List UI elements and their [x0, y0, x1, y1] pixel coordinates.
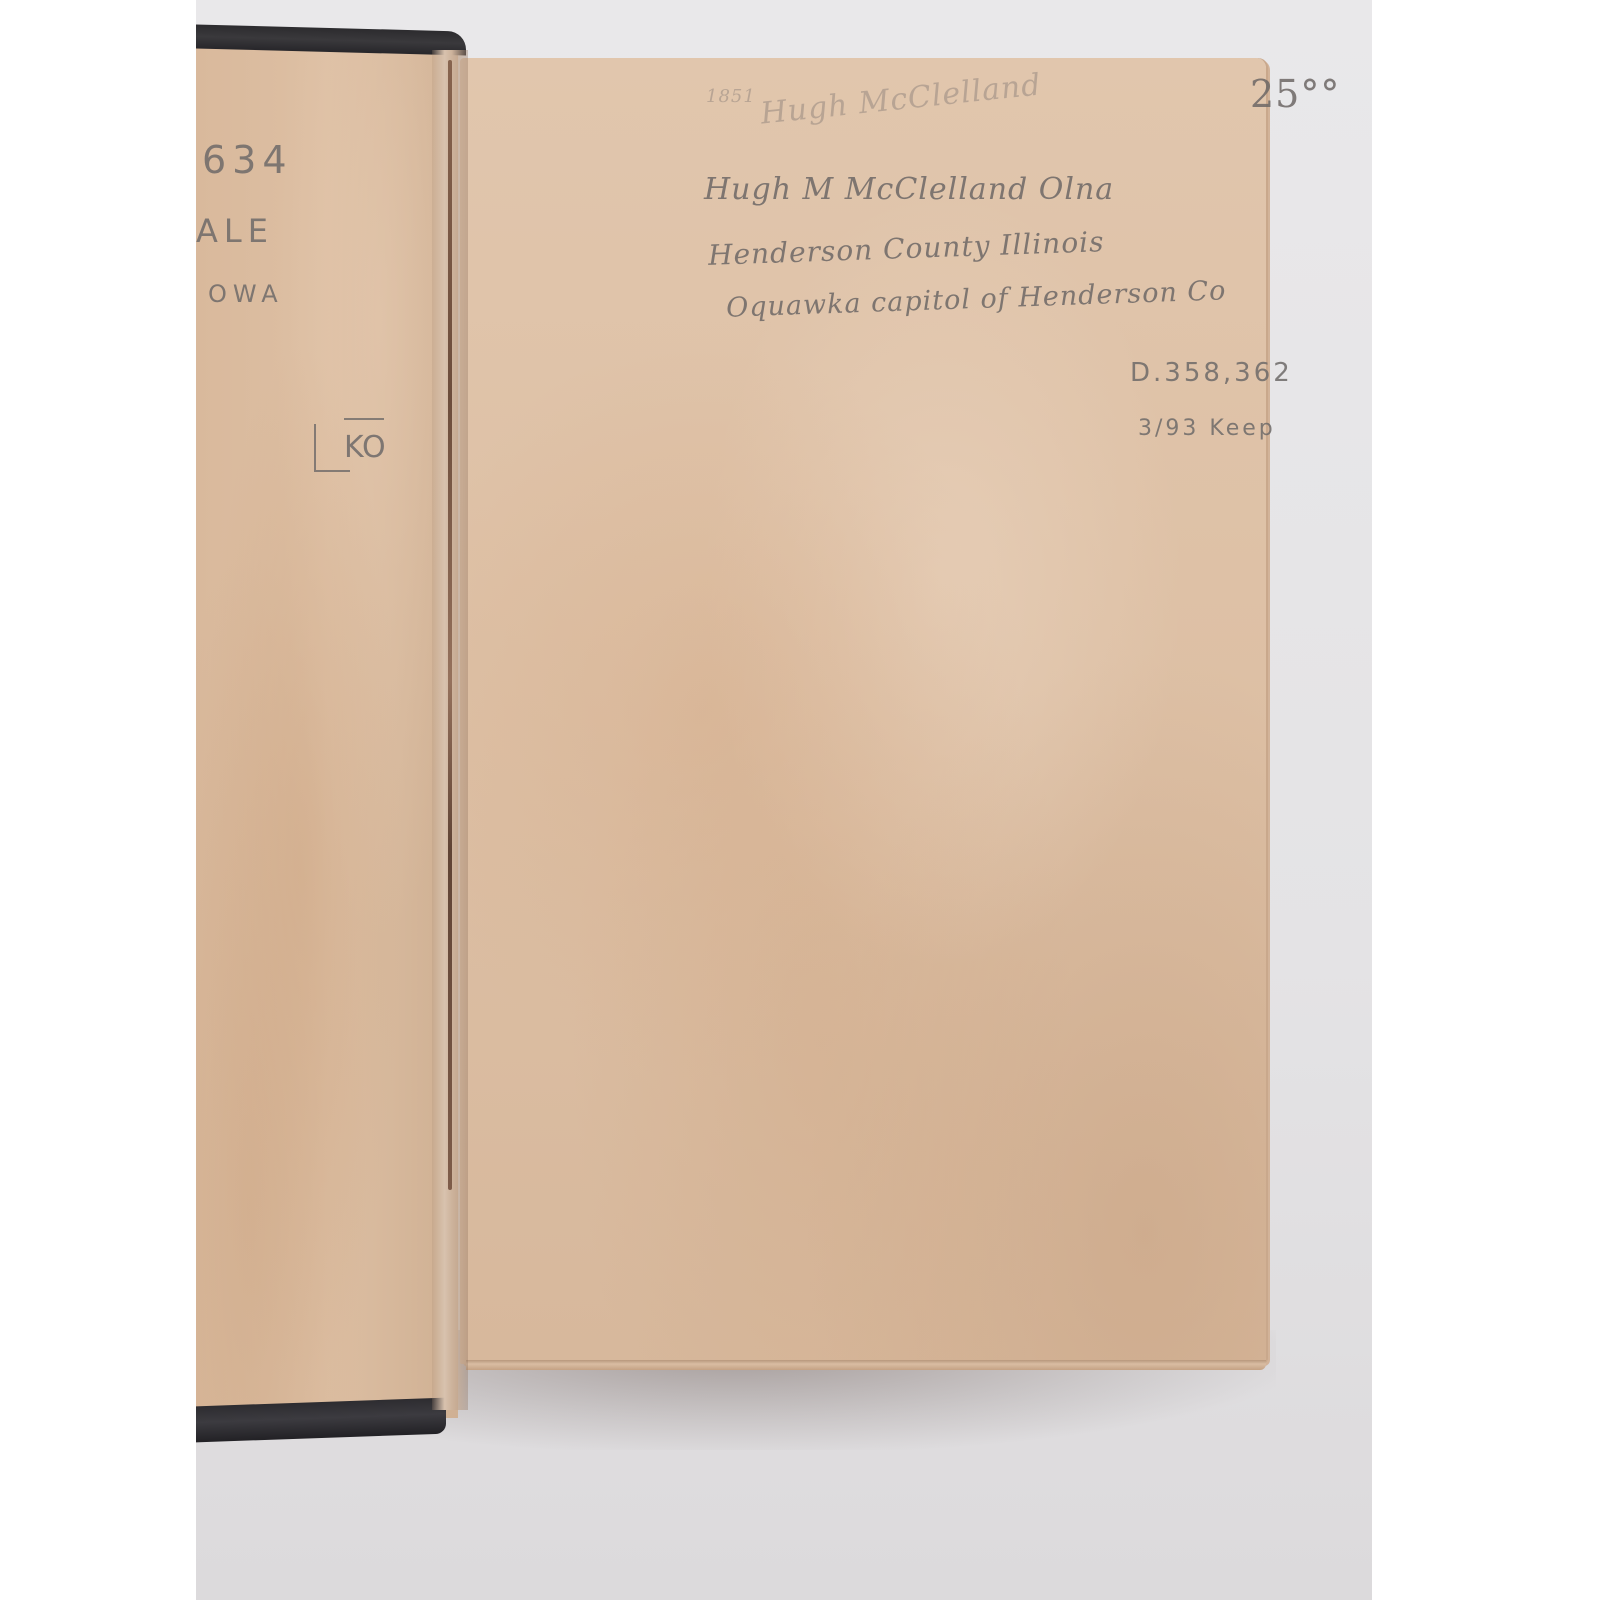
inscription-price: 25°° [1250, 72, 1340, 116]
inscription-line-1: Hugh M McClelland Olna [704, 172, 1114, 207]
left-pastedown-page: 634 ALE OWA KO [196, 46, 458, 1418]
inscription-year: 1851 [706, 86, 756, 107]
catalog-number: D.358,362 [1130, 358, 1293, 388]
book-photograph: 634 ALE OWA KO 1851 Hugh McClelland 25°°… [196, 0, 1372, 1600]
binding-seam [448, 60, 452, 1190]
inscription-code-mark: KO [314, 418, 406, 474]
inscription-number: 634 [202, 138, 293, 182]
inscription-line-2: Henderson County Illinois [708, 225, 1105, 272]
code-overline [344, 418, 384, 420]
inscription-code: KO [344, 430, 386, 465]
inscription-line-3: Oquawka capitol of Henderson Co [726, 275, 1227, 323]
inscription-faded-name: Hugh McClelland [759, 67, 1043, 131]
inscription-iowa: OWA [208, 280, 284, 308]
catalog-keep-note: 3/93 Keep [1138, 416, 1276, 441]
page-block-edges [466, 1360, 1266, 1370]
right-flyleaf-page: 1851 Hugh McClelland 25°° Hugh M McClell… [460, 58, 1266, 1364]
inscription-sale: ALE [196, 212, 274, 250]
